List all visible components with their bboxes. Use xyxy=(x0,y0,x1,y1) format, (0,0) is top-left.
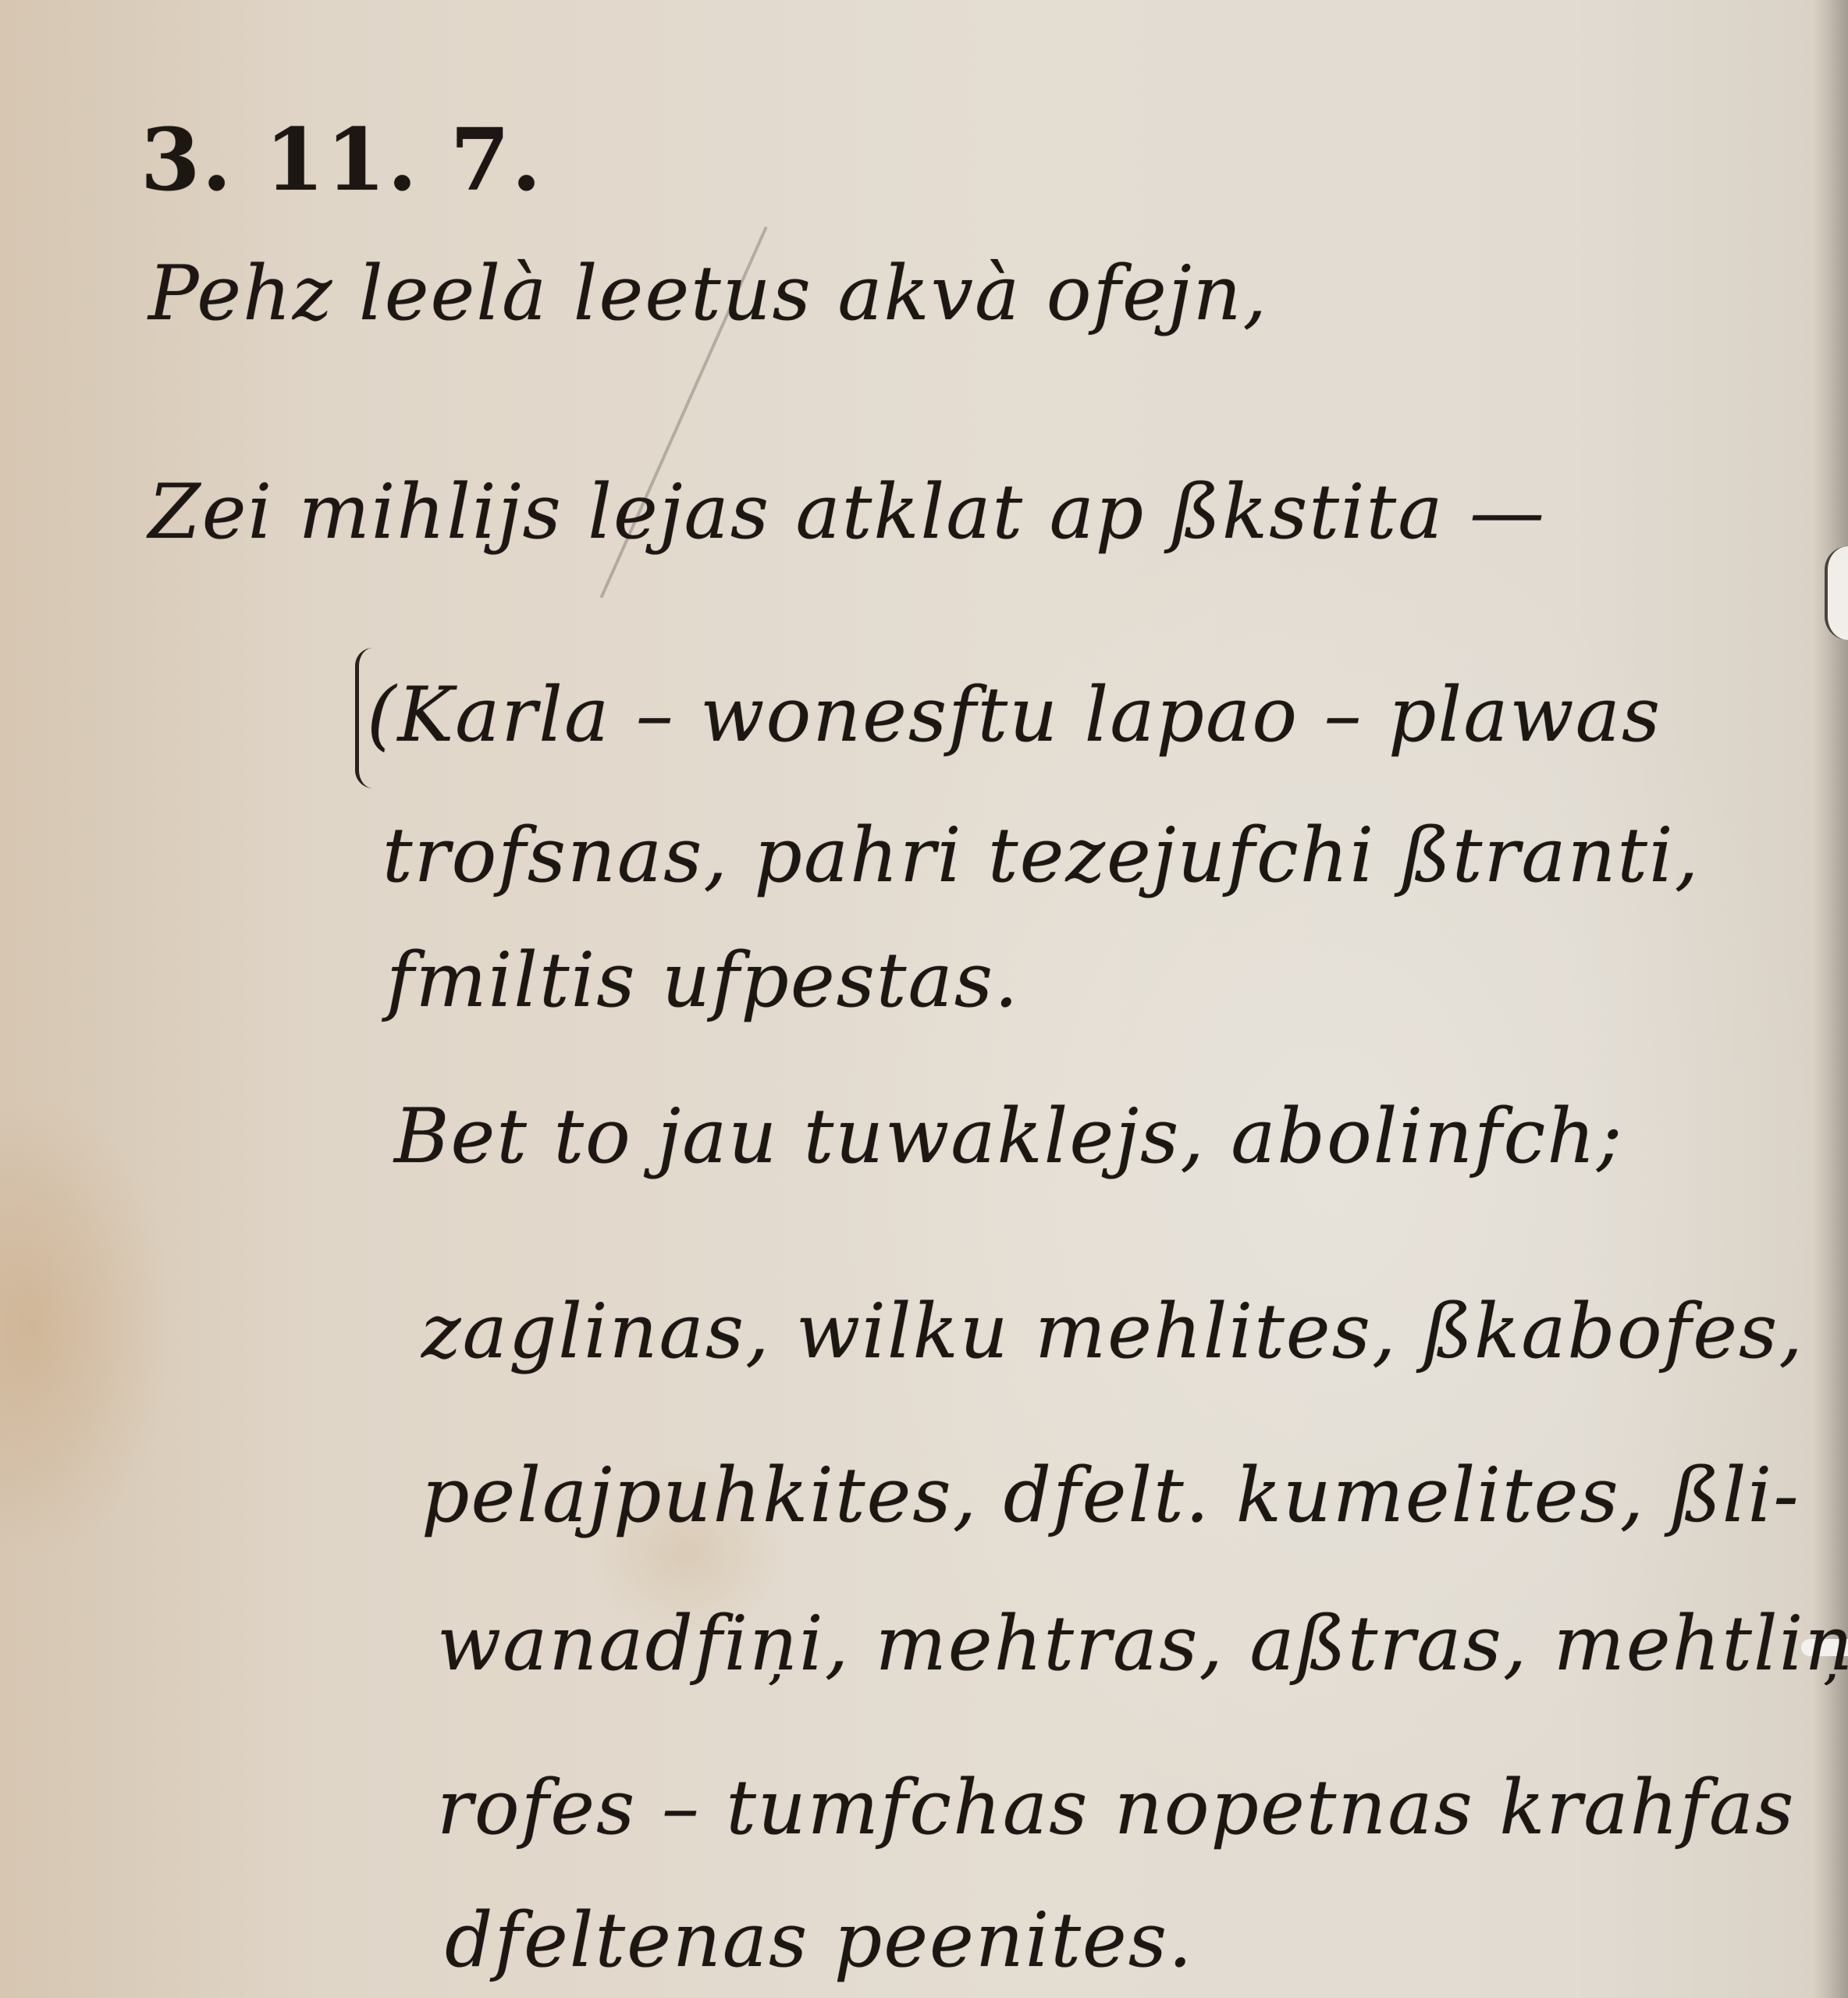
text-line-6: Bet to jau tuwaklejs, abolinfch; xyxy=(394,1093,1623,1180)
entry-date: 3. 11. 7. xyxy=(140,109,543,210)
text-line-1: Pehz leelà leetus akvà ofejn, xyxy=(148,250,1268,337)
text-line-7: zaglinas, wilku mehlites, ßkabofes, xyxy=(421,1288,1804,1375)
text-line-5: fmiltis ufpestas. xyxy=(386,937,1020,1024)
text-line-2: Zei mihlijs lejas atklat ap ßkstita — xyxy=(148,468,1546,556)
text-line-10: rofes – tumfchas nopetnas krahfas xyxy=(437,1764,1795,1851)
text-line-4: trofsnas, pahri tezejufchi ßtranti, xyxy=(382,812,1700,899)
page-edge-notch xyxy=(1825,546,1848,640)
text-line-3: (Karla – wonesftu lapao – plawas xyxy=(367,671,1661,759)
page-edge-shadow xyxy=(1812,0,1848,1998)
text-line-8: pelajpuhkites, dfelt. kumelites, ßli- xyxy=(421,1452,1800,1539)
text-line-11: dfeltenas peenites. xyxy=(445,1897,1194,1984)
text-line-9: wanadfiņi, mehtras, aßtras, mehtliņ xyxy=(437,1600,1848,1687)
manuscript-page: 3. 11. 7. Pehz leelà leetus akvà ofejn, … xyxy=(0,0,1848,1998)
